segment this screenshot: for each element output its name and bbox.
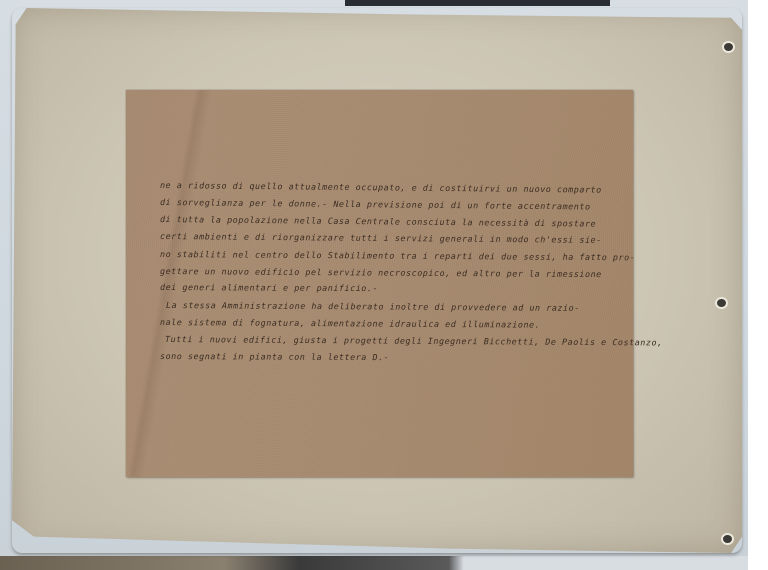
pin-hole-top-right bbox=[722, 41, 735, 53]
text-line: sono segnati in pianta con la lettera D.… bbox=[160, 351, 389, 362]
table-surface bbox=[0, 556, 748, 570]
pin-hole-bottom-right bbox=[721, 533, 734, 545]
text-line: dei generi alimentari e per panificio.- bbox=[160, 282, 378, 293]
pin-hole-middle-right bbox=[715, 297, 728, 309]
backdrop-dark-strip bbox=[345, 0, 610, 6]
